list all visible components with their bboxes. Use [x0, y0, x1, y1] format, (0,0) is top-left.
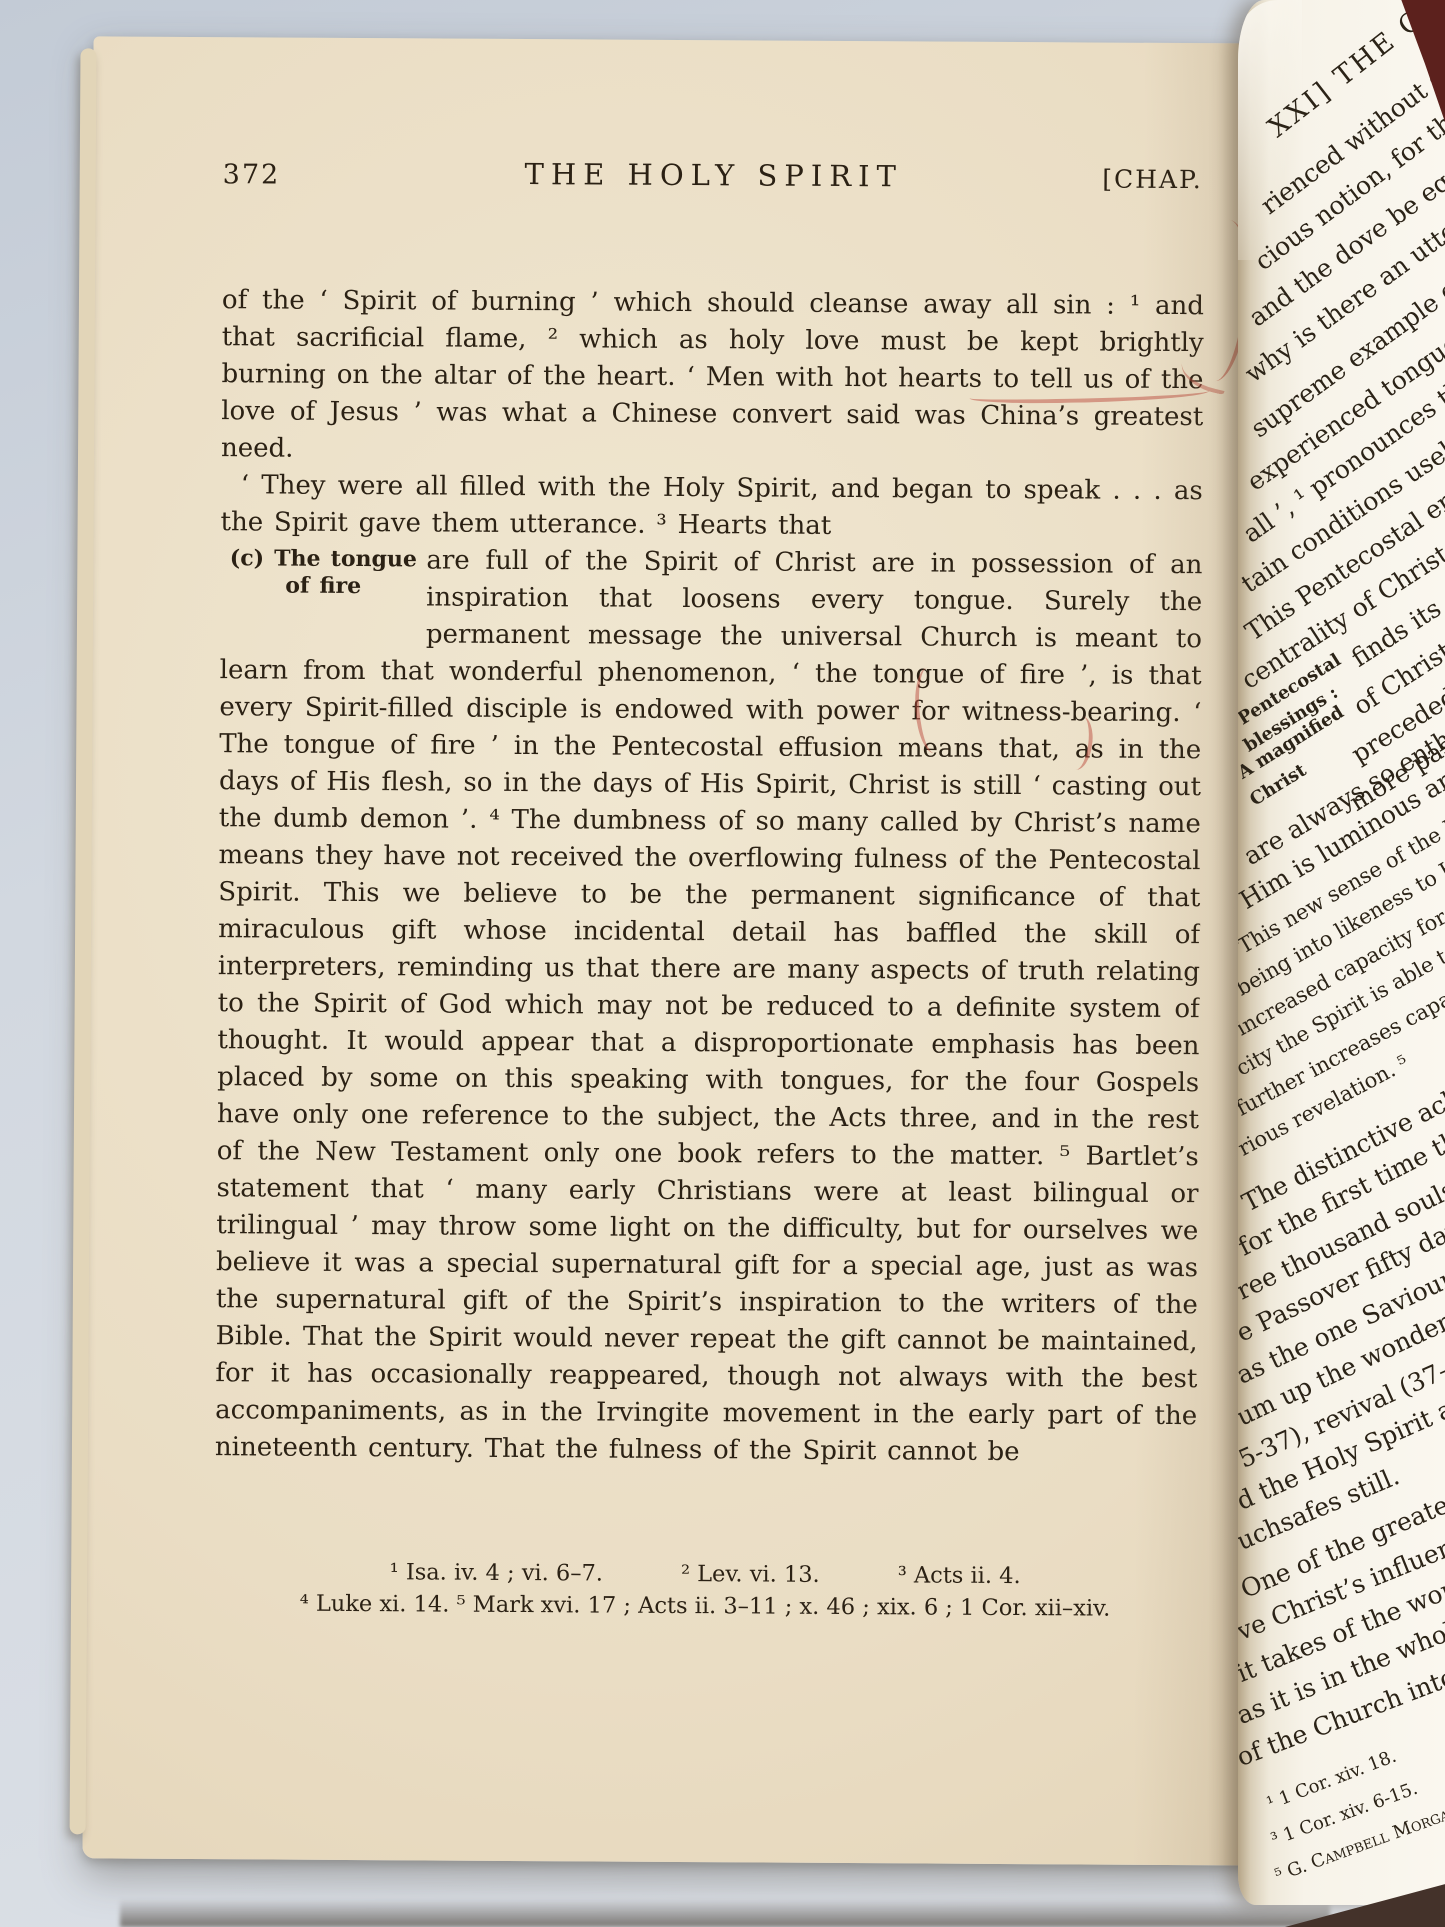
right-page: XXI] THE CHURCH rienced without spe ciou…	[1238, 0, 1445, 1905]
running-title: THE HOLY SPIRIT	[223, 155, 1205, 195]
paragraph-2-wrap: (c) The tongue of fire are full of the S…	[215, 541, 1203, 1472]
page-header: 372 THE HOLY SPIRIT [CHAP.	[223, 155, 1205, 205]
paragraph-2-start: ‘ They were all filled with the Holy Spi…	[220, 467, 1202, 547]
chapter-mark: [CHAP.	[1102, 165, 1203, 195]
footnote-3: ³ Acts ii. 4.	[898, 1559, 1021, 1592]
margin-note-line-1: (c) The tongue	[220, 545, 426, 573]
footnote-1: ¹ Isa. iv. 4 ; vi. 6–7.	[390, 1556, 604, 1589]
left-page: 372 THE HOLY SPIRIT [CHAP. of the ‘ Spir…	[82, 36, 1278, 1865]
footnote-row-2: ⁴ Luke xi. 14. ⁵ Mark xvi. 17 ; Acts ii.…	[214, 1587, 1196, 1625]
book-bottom-shadow	[120, 1899, 1330, 1927]
margin-note: (c) The tongue of fire	[220, 541, 427, 653]
paragraph-1: of the ‘ Spirit of burning ’ which shoul…	[221, 282, 1204, 473]
margin-note-line-2: of fire	[220, 572, 426, 600]
footnotes: ¹ Isa. iv. 4 ; vi. 6–7. ² Lev. vi. 13. ³…	[214, 1555, 1196, 1625]
paragraph-2-rest: are full of the Spirit of Christ are in …	[215, 545, 1203, 1467]
book-photo: 372 THE HOLY SPIRIT [CHAP. of the ‘ Spir…	[0, 0, 1445, 1927]
body-text: of the ‘ Spirit of burning ’ which shoul…	[214, 282, 1204, 1574]
footnote-2: ² Lev. vi. 13.	[681, 1558, 820, 1591]
